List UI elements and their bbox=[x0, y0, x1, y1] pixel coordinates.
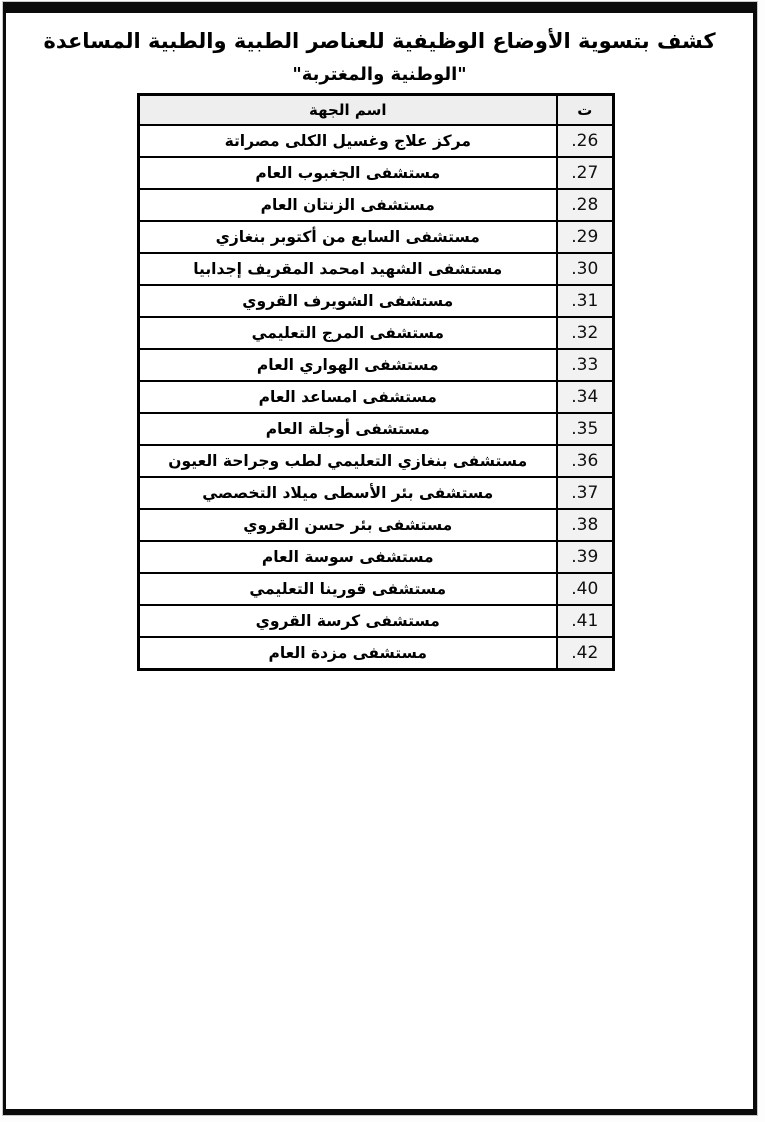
entity-name-cell: مستشفى بئر الأسطى ميلاد التخصصي bbox=[138, 477, 557, 509]
column-header-entity-name: اسم الجهة bbox=[138, 95, 557, 126]
entity-name-cell: مستشفى بنغازي التعليمي لطب وجراحة العيون bbox=[138, 445, 557, 477]
row-index-cell: 38. bbox=[557, 509, 613, 541]
page-border-frame: كشف بتسوية الأوضاع الوظيفية للعناصر الطب… bbox=[3, 2, 757, 1115]
table-row: 27.مستشفى الجغبوب العام bbox=[138, 157, 613, 189]
entity-name-cell: مستشفى مزدة العام bbox=[138, 637, 557, 670]
table-row: 36.مستشفى بنغازي التعليمي لطب وجراحة الع… bbox=[138, 445, 613, 477]
table-row: 37.مستشفى بئر الأسطى ميلاد التخصصي bbox=[138, 477, 613, 509]
row-index-cell: 35. bbox=[557, 413, 613, 445]
row-index-cell: 42. bbox=[557, 637, 613, 670]
entity-name-cell: مستشفى المرج التعليمي bbox=[138, 317, 557, 349]
table-row: 35.مستشفى أوجلة العام bbox=[138, 413, 613, 445]
entity-name-cell: مستشفى الزنتان العام bbox=[138, 189, 557, 221]
entity-name-cell: مستشفى امساعد العام bbox=[138, 381, 557, 413]
entity-name-cell: مستشفى سوسة العام bbox=[138, 541, 557, 573]
row-index-cell: 39. bbox=[557, 541, 613, 573]
table-row: 41.مستشفى كرسة القروي bbox=[138, 605, 613, 637]
table-row: 26.مركز علاج وغسيل الكلى مصراتة bbox=[138, 125, 613, 157]
table-row: 33.مستشفى الهواري العام bbox=[138, 349, 613, 381]
row-index-cell: 28. bbox=[557, 189, 613, 221]
entity-name-cell: مستشفى السابع من أكتوبر بنغازي bbox=[138, 221, 557, 253]
entity-name-cell: مستشفى بئر حسن القروي bbox=[138, 509, 557, 541]
document-subtitle: "الوطنية والمغتربة" bbox=[36, 64, 723, 85]
table-row: 39.مستشفى سوسة العام bbox=[138, 541, 613, 573]
row-index-cell: 26. bbox=[557, 125, 613, 157]
document-title: كشف بتسوية الأوضاع الوظيفية للعناصر الطب… bbox=[36, 28, 723, 54]
row-index-cell: 40. bbox=[557, 573, 613, 605]
table-row: 32.مستشفى المرج التعليمي bbox=[138, 317, 613, 349]
entity-name-cell: مستشفى أوجلة العام bbox=[138, 413, 557, 445]
row-index-cell: 27. bbox=[557, 157, 613, 189]
table-row: 40.مستشفى قورينا التعليمي bbox=[138, 573, 613, 605]
entity-name-cell: مستشفى الشهيد امحمد المقريف إجدابيا bbox=[138, 253, 557, 285]
table-row: 31.مستشفى الشويرف القروي bbox=[138, 285, 613, 317]
row-index-cell: 37. bbox=[557, 477, 613, 509]
row-index-cell: 33. bbox=[557, 349, 613, 381]
row-index-cell: 32. bbox=[557, 317, 613, 349]
table-row: 34.مستشفى امساعد العام bbox=[138, 381, 613, 413]
column-header-index: ت bbox=[557, 95, 613, 126]
table-row: 28.مستشفى الزنتان العام bbox=[138, 189, 613, 221]
entities-table: ت اسم الجهة 26.مركز علاج وغسيل الكلى مصر… bbox=[137, 93, 615, 671]
entity-name-cell: مستشفى كرسة القروي bbox=[138, 605, 557, 637]
table-row: 29.مستشفى السابع من أكتوبر بنغازي bbox=[138, 221, 613, 253]
table-row: 38.مستشفى بئر حسن القروي bbox=[138, 509, 613, 541]
entity-name-cell: مستشفى قورينا التعليمي bbox=[138, 573, 557, 605]
table-row: 42.مستشفى مزدة العام bbox=[138, 637, 613, 670]
entity-name-cell: مستشفى الشويرف القروي bbox=[138, 285, 557, 317]
row-index-cell: 36. bbox=[557, 445, 613, 477]
row-index-cell: 31. bbox=[557, 285, 613, 317]
row-index-cell: 41. bbox=[557, 605, 613, 637]
row-index-cell: 29. bbox=[557, 221, 613, 253]
entity-name-cell: مستشفى الهواري العام bbox=[138, 349, 557, 381]
entity-name-cell: مركز علاج وغسيل الكلى مصراتة bbox=[138, 125, 557, 157]
row-index-cell: 34. bbox=[557, 381, 613, 413]
page-content: كشف بتسوية الأوضاع الوظيفية للعناصر الطب… bbox=[6, 13, 753, 1109]
table-row: 30.مستشفى الشهيد امحمد المقريف إجدابيا bbox=[138, 253, 613, 285]
row-index-cell: 30. bbox=[557, 253, 613, 285]
table-header-row: ت اسم الجهة bbox=[138, 95, 613, 126]
entity-name-cell: مستشفى الجغبوب العام bbox=[138, 157, 557, 189]
scanned-page: كشف بتسوية الأوضاع الوظيفية للعناصر الطب… bbox=[0, 0, 765, 1122]
